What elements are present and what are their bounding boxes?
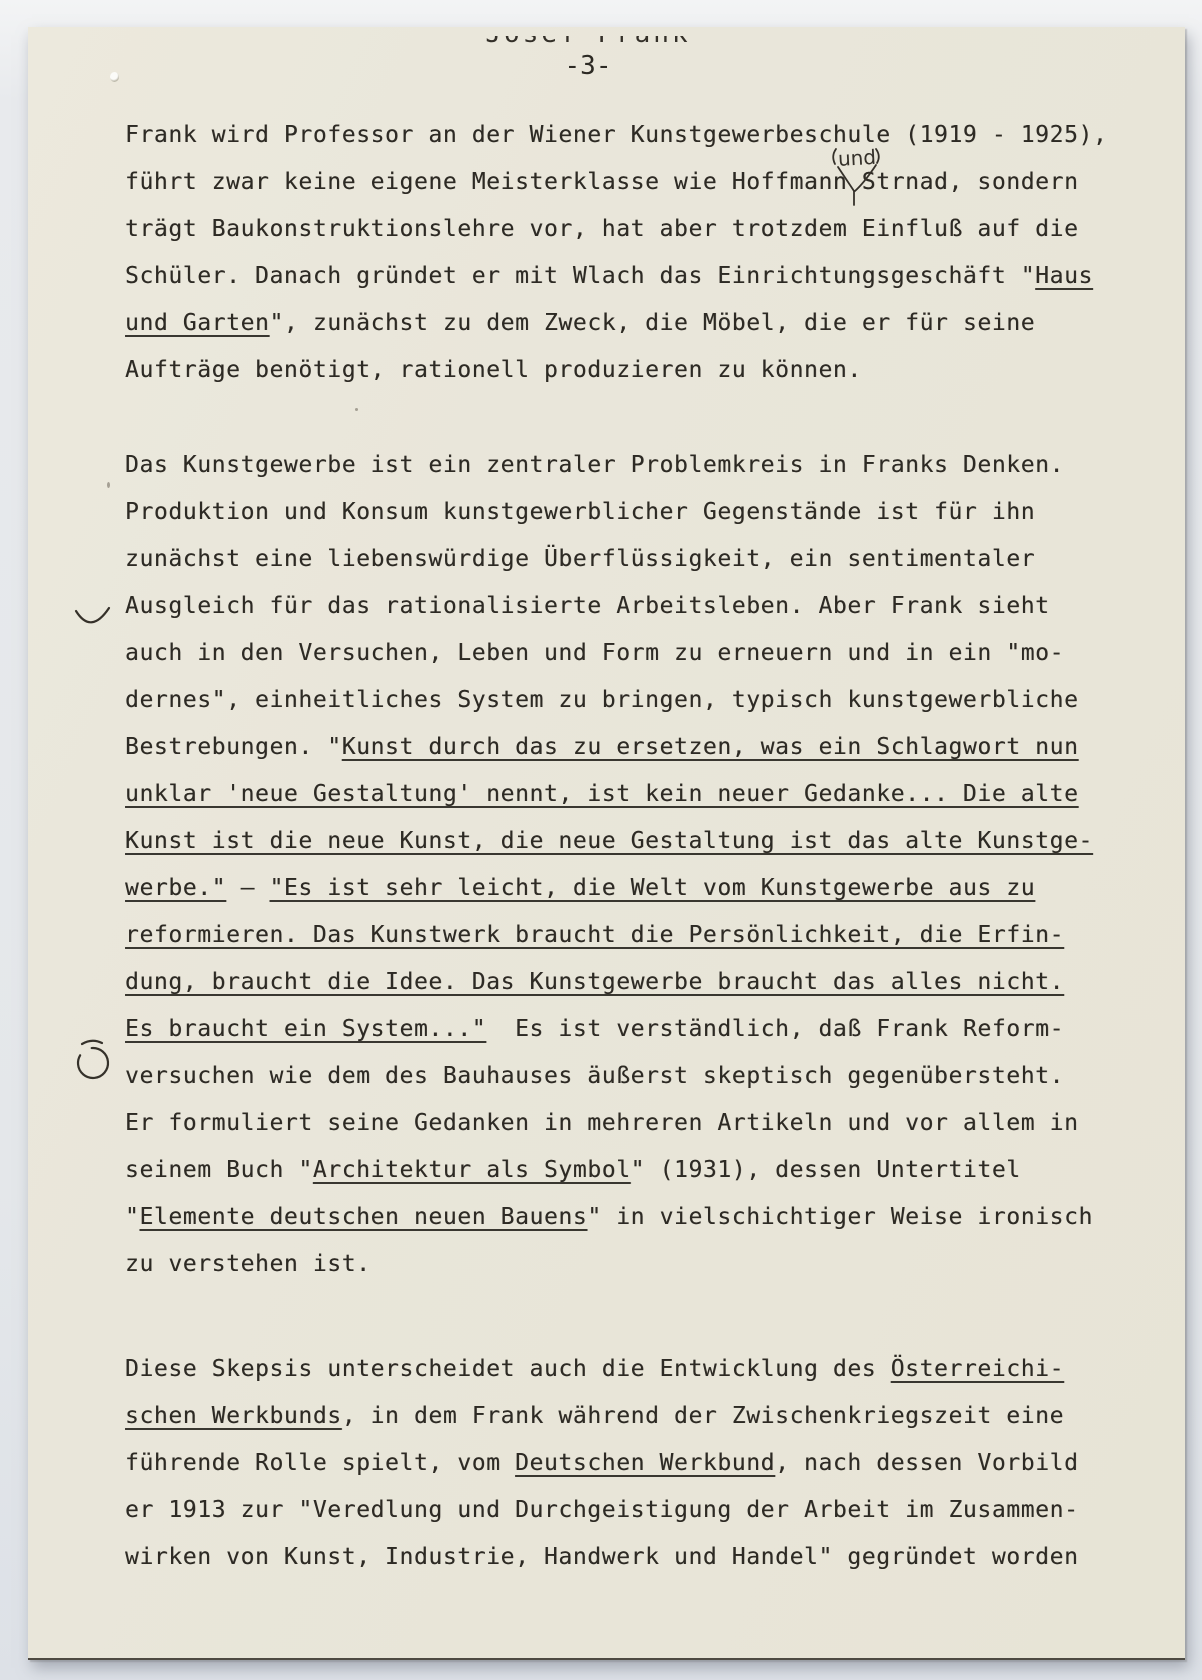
text-segment: , nach dessen Vorbild	[775, 1450, 1078, 1476]
text-line: er 1913 zur "Veredlung und Durchgeistigu…	[125, 1487, 1140, 1534]
text-line: Diese Skepsis unterscheidet auch die Ent…	[125, 1346, 1140, 1393]
paragraph: Frank wird Professor an der Wiener Kunst…	[125, 112, 1140, 394]
text-line: zu verstehen ist.	[125, 1241, 1140, 1288]
cutoff-header-title: Josef Frank	[428, 36, 748, 52]
text-line: dung, braucht die Idee. Das Kunstgewerbe…	[125, 959, 1140, 1006]
text-line: Er formuliert seine Gedanken in mehreren…	[125, 1100, 1140, 1147]
text-segment: dernes", einheitliches System zu bringen…	[125, 687, 1079, 713]
underlined-text: Architektur als Symbol	[313, 1157, 631, 1183]
underlined-text: Österreichi-	[891, 1356, 1064, 1382]
underlined-text: Kunst durch das zu ersetzen, was ein Sch…	[342, 734, 1079, 760]
margin-circle-mark	[70, 1036, 120, 1084]
text-line: führt zwar keine eigene Meisterklasse wi…	[125, 159, 1140, 206]
text-segment: führt zwar keine eigene Meisterklasse wi…	[125, 169, 1079, 195]
page-number: -3-	[428, 51, 748, 81]
text-segment: ", zunächst zu dem Zweck, die Möbel, die…	[269, 310, 1035, 336]
text-segment: Ausgleich für das rationalisierte Arbeit…	[125, 593, 1050, 619]
text-line: seinem Buch "Architektur als Symbol" (19…	[125, 1147, 1140, 1194]
text-line: dernes", einheitliches System zu bringen…	[125, 677, 1140, 724]
text-line: auch in den Versuchen, Leben und Form zu…	[125, 630, 1140, 677]
text-line: Schüler. Danach gründet er mit Wlach das…	[125, 253, 1140, 300]
text-line: Produktion und Konsum kunstgewerblicher …	[125, 489, 1140, 536]
text-line: und Garten", zunächst zu dem Zweck, die …	[125, 300, 1140, 347]
underlined-text: werbe."	[125, 875, 226, 901]
text-line: wirken von Kunst, Industrie, Handwerk un…	[125, 1534, 1140, 1581]
text-segment: trägt Baukonstruktionslehre vor, hat abe…	[125, 216, 1079, 242]
text-segment: " (1931), dessen Untertitel	[631, 1157, 1021, 1183]
underlined-text: unklar 'neue Gestaltung' nennt, ist kein…	[125, 781, 1079, 807]
text-segment: zu verstehen ist.	[125, 1251, 371, 1277]
text-line: Frank wird Professor an der Wiener Kunst…	[125, 112, 1140, 159]
handwritten-insertion-und: und	[818, 147, 892, 207]
insertion-word: und	[837, 147, 876, 171]
text-segment: zunächst eine liebenswürdige Überflüssig…	[125, 546, 1035, 572]
text-segment: er 1913 zur "Veredlung und Durchgeistigu…	[125, 1497, 1079, 1523]
text-segment: führende Rolle spielt, vom	[125, 1450, 515, 1476]
text-line: führende Rolle spielt, vom Deutschen Wer…	[125, 1440, 1140, 1487]
text-line: werbe." – "Es ist sehr leicht, die Welt …	[125, 865, 1140, 912]
text-line: Das Kunstgewerbe ist ein zentraler Probl…	[125, 442, 1140, 489]
text-line: trägt Baukonstruktionslehre vor, hat abe…	[125, 206, 1140, 253]
text-line: "Elemente deutschen neuen Bauens" in vie…	[125, 1194, 1140, 1241]
underlined-text: Haus	[1035, 263, 1093, 289]
text-segment: "	[125, 1204, 139, 1230]
text-segment: Diese Skepsis unterscheidet auch die Ent…	[125, 1356, 891, 1382]
cutoff-header-text: Josef Frank	[428, 36, 748, 49]
paragraph: Diese Skepsis unterscheidet auch die Ent…	[125, 1346, 1140, 1581]
text-segment: Bestrebungen. "	[125, 734, 342, 760]
text-line: Aufträge benötigt, rationell produzieren…	[125, 347, 1140, 394]
text-line: unklar 'neue Gestaltung' nennt, ist kein…	[125, 771, 1140, 818]
underlined-text: "Es ist sehr leicht, die Welt vom Kunstg…	[269, 875, 1035, 901]
paragraph: Das Kunstgewerbe ist ein zentraler Probl…	[125, 442, 1140, 1288]
paper-speck	[107, 482, 110, 488]
paper-speck	[355, 408, 358, 411]
text-line: schen Werkbunds, in dem Frank während de…	[125, 1393, 1140, 1440]
text-segment: Schüler. Danach gründet er mit Wlach das…	[125, 263, 1035, 289]
underlined-text: reformieren. Das Kunstwerk braucht die P…	[125, 922, 1064, 948]
text-segment: , in dem Frank während der Zwischenkrieg…	[342, 1403, 1064, 1429]
text-segment: Aufträge benötigt, rationell produzieren…	[125, 357, 862, 383]
text-segment: Es ist verständlich, daß Frank Reform-	[486, 1016, 1064, 1042]
text-segment: Produktion und Konsum kunstgewerblicher …	[125, 499, 1035, 525]
underlined-text: dung, braucht die Idee. Das Kunstgewerbe…	[125, 969, 1064, 995]
underlined-text: Kunst ist die neue Kunst, die neue Gesta…	[125, 828, 1093, 854]
staple-hole	[110, 72, 119, 82]
text-segment: Er formuliert seine Gedanken in mehreren…	[125, 1110, 1079, 1136]
text-line: Es braucht ein System..." Es ist verstän…	[125, 1006, 1140, 1053]
text-segment: wirken von Kunst, Industrie, Handwerk un…	[125, 1544, 1079, 1570]
text-segment: auch in den Versuchen, Leben und Form zu…	[125, 640, 1064, 666]
underlined-text: Elemente deutschen neuen Bauens	[139, 1204, 587, 1230]
text-segment: " in vielschichtiger Weise ironisch	[587, 1204, 1093, 1230]
text-segment: versuchen wie dem des Bauhauses äußerst …	[125, 1063, 1064, 1089]
text-line: Bestrebungen. "Kunst durch das zu ersetz…	[125, 724, 1140, 771]
text-line: zunächst eine liebenswürdige Überflüssig…	[125, 536, 1140, 583]
underlined-text: Deutschen Werkbund	[515, 1450, 775, 1476]
text-segment: Frank wird Professor an der Wiener Kunst…	[125, 122, 1107, 148]
underlined-text: Es braucht ein System..."	[125, 1016, 486, 1042]
margin-u-curve-mark	[73, 603, 115, 637]
paper-page: Josef Frank -3- Frank wird Professor an …	[28, 27, 1185, 1660]
text-segment: Das Kunstgewerbe ist ein zentraler Probl…	[125, 452, 1064, 478]
text-segment: –	[226, 875, 269, 901]
underlined-text: schen Werkbunds	[125, 1403, 342, 1429]
text-line: versuchen wie dem des Bauhauses äußerst …	[125, 1053, 1140, 1100]
underlined-text: und Garten	[125, 310, 269, 336]
text-segment: seinem Buch "	[125, 1157, 313, 1183]
document-scan: Josef Frank -3- Frank wird Professor an …	[0, 0, 1202, 1680]
typewritten-text: Frank wird Professor an der Wiener Kunst…	[125, 112, 1140, 1581]
text-line: Ausgleich für das rationalisierte Arbeit…	[125, 583, 1140, 630]
text-line: Kunst ist die neue Kunst, die neue Gesta…	[125, 818, 1140, 865]
text-line: reformieren. Das Kunstwerk braucht die P…	[125, 912, 1140, 959]
